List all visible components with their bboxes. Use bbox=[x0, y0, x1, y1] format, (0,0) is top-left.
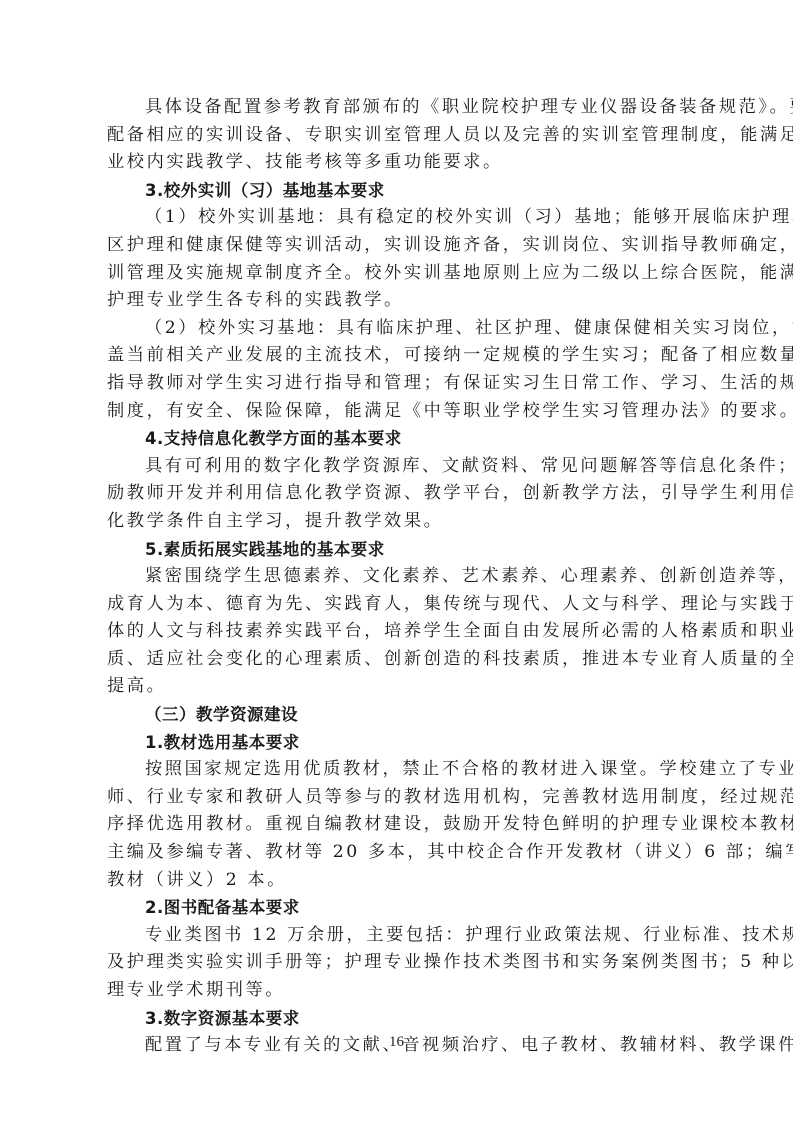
text-line: 配备相应的实训设备、专职实训室管理人员以及完善的实训室管理制度，能满足专 bbox=[107, 122, 687, 150]
section-heading-quality-expansion: 5.素质拓展实践基地的基本要求 bbox=[107, 536, 687, 564]
paragraph-offsite-training-base: （1）校外实训基地：具有稳定的校外实训（习）基地；能够开展临床护理、社 区护理和… bbox=[107, 204, 687, 314]
paragraph-textbook-selection: 按照国家规定选用优质教材，禁止不合格的教材进入课堂。学校建立了专业教 师、行业专… bbox=[107, 756, 687, 894]
text-line: 及护理类实验实训手册等；护理专业操作技术类图书和实务案例类图书；5 种以上护 bbox=[107, 949, 687, 977]
text-line: 师、行业专家和教研人员等参与的教材选用机构，完善教材选用制度，经过规范程 bbox=[107, 784, 687, 812]
section-heading-it-teaching: 4.支持信息化教学方面的基本要求 bbox=[107, 425, 687, 453]
text-line: （2）校外实习基地：具有临床护理、社区护理、健康保健相关实习岗位，能涵 bbox=[107, 315, 687, 343]
text-line: 区护理和健康保健等实训活动，实训设施齐备，实训岗位、实训指导教师确定，实 bbox=[107, 232, 687, 260]
section-heading-digital-resources: 3.数字资源基本要求 bbox=[107, 1005, 687, 1033]
text-line: 制度，有安全、保险保障，能满足《中等职业学校学生实习管理办法》的要求。 bbox=[107, 398, 687, 426]
text-line: 业校内实践教学、技能考核等多重功能要求。 bbox=[107, 149, 687, 177]
text-line: 主编及参编专著、教材等 20 多本，其中校企合作开发教材（讲义）6 部；编写校本 bbox=[107, 839, 687, 867]
text-line: 化教学条件自主学习，提升教学效果。 bbox=[107, 508, 687, 536]
text-line: 励教师开发并利用信息化教学资源、教学平台，创新教学方法，引导学生利用信息 bbox=[107, 480, 687, 508]
text-line: 理专业学术期刊等。 bbox=[107, 977, 687, 1005]
text-line: （1）校外实训基地：具有稳定的校外实训（习）基地；能够开展临床护理、社 bbox=[107, 204, 687, 232]
page-number: 16 bbox=[0, 1034, 793, 1051]
text-line: 提高。 bbox=[107, 673, 687, 701]
section-heading-teaching-resources: （三）教学资源建设 bbox=[107, 701, 687, 729]
text-line: 紧密围绕学生思德素养、文化素养、艺术素养、心理素养、创新创造养等，形 bbox=[107, 563, 687, 591]
text-line: 训管理及实施规章制度齐全。校外实训基地原则上应为二级以上综合医院，能满足 bbox=[107, 260, 687, 288]
text-line: 盖当前相关产业发展的主流技术，可接纳一定规模的学生实习；配备了相应数量的 bbox=[107, 342, 687, 370]
section-heading-offsite-training: 3.校外实训（习）基地基本要求 bbox=[107, 177, 687, 205]
paragraph-quality-expansion: 紧密围绕学生思德素养、文化素养、艺术素养、心理素养、创新创造养等，形 成育人为本… bbox=[107, 563, 687, 701]
paragraph-it-teaching: 具有可利用的数字化教学资源库、文献资料、常见问题解答等信息化条件；鼓 励教师开发… bbox=[107, 453, 687, 536]
document-page: 具体设备配置参考教育部颁布的《职业院校护理专业仪器设备装备规范》。要求 配备相应… bbox=[107, 94, 687, 1060]
text-line: 序择优选用教材。重视自编教材建设，鼓励开发特色鲜明的护理专业课校本教材。 bbox=[107, 811, 687, 839]
text-line: 具有可利用的数字化教学资源库、文献资料、常见问题解答等信息化条件；鼓 bbox=[107, 453, 687, 481]
text-line: 指导教师对学生实习进行指导和管理；有保证实习生日常工作、学习、生活的规章 bbox=[107, 370, 687, 398]
section-heading-textbook-selection: 1.教材选用基本要求 bbox=[107, 729, 687, 757]
paragraph-equipment-config: 具体设备配置参考教育部颁布的《职业院校护理专业仪器设备装备规范》。要求 配备相应… bbox=[107, 94, 687, 177]
text-line: 按照国家规定选用优质教材，禁止不合格的教材进入课堂。学校建立了专业教 bbox=[107, 756, 687, 784]
text-line: 具体设备配置参考教育部颁布的《职业院校护理专业仪器设备装备规范》。要求 bbox=[107, 94, 687, 122]
text-line: 专业类图书 12 万余册，主要包括：护理行业政策法规、行业标准、技术规范以 bbox=[107, 922, 687, 950]
section-heading-library: 2.图书配备基本要求 bbox=[107, 894, 687, 922]
text-line: 质、适应社会变化的心理素质、创新创造的科技素质，推进本专业育人质量的全面 bbox=[107, 646, 687, 674]
text-line: 教材（讲义）2 本。 bbox=[107, 867, 687, 895]
paragraph-offsite-internship-base: （2）校外实习基地：具有临床护理、社区护理、健康保健相关实习岗位，能涵 盖当前相… bbox=[107, 315, 687, 425]
text-line: 成育人为本、德育为先、实践育人，集传统与现代、人文与科学、理论与实践于一 bbox=[107, 591, 687, 619]
text-line: 护理专业学生各专科的实践教学。 bbox=[107, 287, 687, 315]
paragraph-library: 专业类图书 12 万余册，主要包括：护理行业政策法规、行业标准、技术规范以 及护… bbox=[107, 922, 687, 1005]
text-line: 体的人文与科技素养实践平台，培养学生全面自由发展所必需的人格素质和职业特 bbox=[107, 618, 687, 646]
